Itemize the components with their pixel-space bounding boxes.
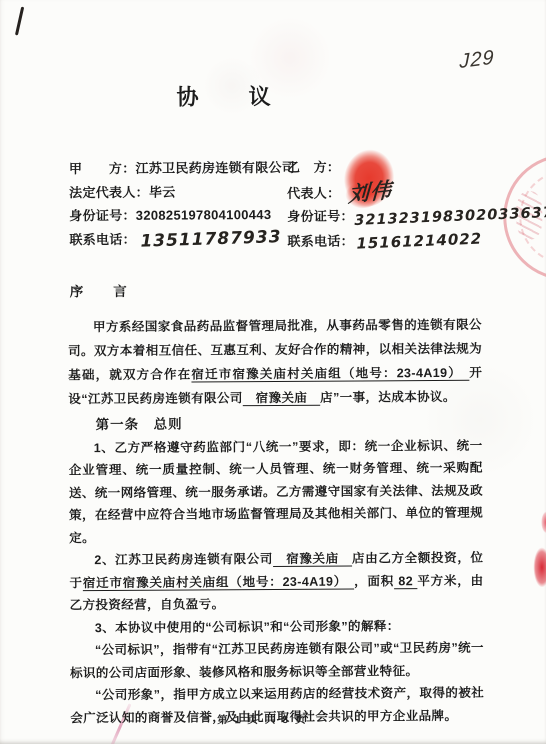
document-content: J29 协 议 甲 方：江苏卫民药房连锁有限公司 法定代表人：毕云 身份证号：3… (0, 0, 546, 744)
party-b-id-row: 身份证号：321323198302033637 (287, 204, 517, 230)
party-a-name: 江苏卫民药房连锁有限公司 (135, 160, 295, 176)
party-a-id-number: 320825197804100443 (136, 207, 272, 223)
party-a-phone-label: 联系电话： (69, 231, 136, 246)
preface-heading: 序 言 (70, 280, 128, 300)
item-2-area-underlined: 82 (394, 574, 417, 588)
handwritten-corner-note: J29 (459, 46, 494, 74)
section-1-item-4: “公司标识”，指带有“江苏卫民药房连锁有限公司”或“卫民药房”统一标识的公司店面… (70, 637, 484, 685)
party-a-phone-handwritten: 13511787933 (140, 226, 282, 254)
party-a-id-label: 身份证号： (69, 208, 136, 223)
item-2-store-name-underlined: 宿豫关庙 (273, 552, 352, 566)
item-2-location-underlined: 宿迁市宿豫关庙村关庙组（地号：23-4A19） (83, 574, 354, 590)
party-a-rep-row: 法定代表人：毕云 (69, 179, 284, 204)
party-b-phone-handwritten: 15161214022 (356, 227, 483, 256)
section-1-item-1: 1、乙方严格遵守药监部门“八统一”要求，即：统一企业标识、统一企业管理、统一质量… (69, 434, 484, 549)
party-b-phone-row: 联系电话：15161214022 (287, 228, 517, 253)
preamble-paragraph: 甲方系经国家食品药品监督管理局批准，从事药品零售的连锁有限公司。双方本着相互信任… (68, 313, 483, 412)
party-b-block: 乙 方： 代表人：刘伟 身份证号：321323198302033637 联系电话… (287, 155, 518, 253)
section-1-item-2: 2、江苏卫民药房连锁有限公司 宿豫关庙 店由乙方全额投资，位于宿迁市宿豫关庙村关… (69, 547, 483, 617)
party-b-name-row: 乙 方： (287, 155, 517, 180)
preamble-store-name-underlined: 宿豫关庙 (243, 391, 320, 405)
section-1-item-3: 3、本协议中使用的“公司标识”和“公司形象”的解释： (70, 614, 484, 639)
party-b-phone-label: 联系电话： (287, 233, 354, 248)
scanned-document-page: J29 协 议 甲 方：江苏卫民药房连锁有限公司 法定代表人：毕云 身份证号：3… (0, 0, 546, 744)
preamble-location-underlined: 宿迁市宿豫关庙村关庙组（地号：23-4A19） (191, 366, 469, 382)
preamble-text: 店”一事，达成本协议。 (320, 390, 456, 405)
party-a-block: 甲 方：江苏卫民药房连锁有限公司 法定代表人：毕云 身份证号：320825197… (69, 156, 285, 251)
party-a-phone-row: 联系电话：13511787933 (69, 226, 284, 251)
red-ink-blob-large (533, 547, 546, 587)
party-a-label: 甲 方： (69, 161, 136, 176)
pen-stroke-mark (15, 7, 24, 36)
party-a-rep-name: 毕云 (149, 184, 176, 199)
red-ink-blob-small (541, 511, 546, 533)
party-a-name-row: 甲 方：江苏卫民药房连锁有限公司 (69, 156, 284, 181)
party-b-rep-signature-handwritten: 刘伟 (348, 178, 393, 207)
item-2-text: ，面积 (354, 574, 394, 588)
section-1-heading: 第一条 总则 (68, 412, 482, 437)
party-a-id-row: 身份证号：320825197804100443 (69, 203, 284, 228)
party-b-rep-label: 代表人： (287, 185, 340, 200)
party-b-label: 乙 方： (287, 160, 340, 175)
document-title: 协 议 (0, 79, 451, 113)
party-a-rep-label: 法定代表人： (69, 184, 149, 199)
party-b-id-label: 身份证号： (287, 209, 354, 224)
page-number: 第 1 页 共 8 页 (2, 710, 522, 728)
section-1-block: 第一条 总则 1、乙方严格遵守药监部门“八统一”要求，即：统一企业标识、统一企业… (68, 412, 484, 730)
party-b-rep-row: 代表人：刘伟 (287, 178, 517, 205)
item-2-text: 2、江苏卫民药房连锁有限公司 (94, 552, 273, 567)
